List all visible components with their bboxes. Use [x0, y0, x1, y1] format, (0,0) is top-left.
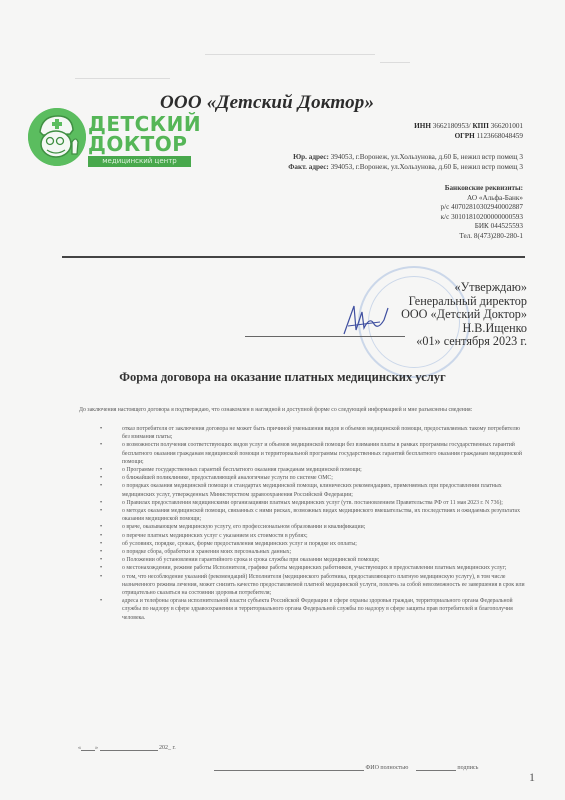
approval-block: «Утверждаю» Генеральный директор ООО «Де… [401, 281, 527, 349]
list-item: •о перечне платных медицинских услуг с у… [100, 532, 527, 540]
list-item-text: отказ потребителя от заключения договора… [122, 426, 520, 440]
year-text: 202_ г. [159, 745, 176, 751]
list-item: •отказ потребителя от заключения договор… [100, 425, 527, 441]
director-signature-line [245, 336, 405, 337]
bullet-icon: • [100, 573, 102, 581]
bank-details: Банковские реквизиты: АО «Альфа-Банк» р/… [441, 184, 523, 242]
bullet-icon: • [100, 474, 102, 482]
list-item: •о порядках оказания медицинской помощи … [100, 482, 527, 498]
information-list: •отказ потребителя от заключения договор… [100, 425, 527, 622]
bullet-icon: • [100, 556, 102, 564]
company-registration: ИНН 3662180953/ КПП 366201001 ОГРН 11236… [414, 122, 523, 141]
bullet-icon: • [100, 466, 102, 474]
fio-blank[interactable] [214, 770, 364, 771]
signature-icon [340, 300, 390, 340]
bleed-through-line [380, 62, 410, 63]
list-item-text: о перечне платных медицинских услуг с ук… [122, 533, 308, 539]
company-phone: Тел. 8(473)280-280-1 [441, 232, 523, 242]
kpp-value: 366201001 [491, 122, 523, 130]
legal-address-value: 394053, г.Воронеж, ул.Хользунова, д.60 Б… [331, 153, 523, 161]
month-blank[interactable] [100, 750, 158, 751]
bullet-icon: • [100, 540, 102, 548]
bullet-icon: • [100, 523, 102, 531]
list-item-text: о порядках оказания медицинской помощи и… [122, 483, 502, 497]
page-number: 1 [529, 770, 535, 785]
list-item-text: о местонахождении, режиме работы Исполни… [122, 565, 507, 571]
list-item: •о местонахождении, режиме работы Исполн… [100, 564, 527, 572]
company-addresses: Юр. адрес: 394053, г.Воронеж, ул.Хользун… [288, 152, 523, 172]
list-item: •о методах оказания медицинской помощи, … [100, 507, 527, 523]
list-item-text: о ближайшей поликлинике, предоставляющей… [122, 475, 333, 481]
list-item: •о враче, оказывающем медицинскую услугу… [100, 523, 527, 531]
actual-address-label: Факт. адрес: [288, 163, 329, 171]
list-item-text: об условиях, порядке, сроках, форме пред… [122, 541, 357, 547]
day-blank[interactable] [81, 750, 95, 751]
bullet-icon: • [100, 441, 102, 449]
bullet-icon: • [100, 482, 102, 490]
bullet-icon: • [100, 548, 102, 556]
list-item-text: о порядке сбора, обработки и хранения мо… [122, 549, 291, 555]
inn-value: 3662180953/ [433, 122, 471, 130]
list-item-text: о Положении об установлении гарантийного… [122, 557, 379, 563]
legal-address-label: Юр. адрес: [293, 153, 329, 161]
document-page: ООО «Детский Доктор» ДЕТСКИЙ ДОКТОР меди… [0, 0, 565, 800]
list-item-text: о Правилах предоставления медицинскими о… [122, 500, 503, 506]
approval-position: Генеральный директор [401, 295, 527, 309]
bullet-icon: • [100, 532, 102, 540]
ogrn-label: ОГРН [455, 132, 475, 140]
doctor-mascot-icon [28, 108, 86, 166]
list-item: •о Положении об установлении гарантийног… [100, 556, 527, 564]
list-item-text: о том, что несоблюдение указаний (рекоме… [122, 574, 525, 596]
inn-kpp-line: ИНН 3662180953/ КПП 366201001 [414, 122, 523, 132]
list-item: •адреса и телефоны органа исполнительной… [100, 597, 527, 622]
list-item-text: адреса и телефоны органа исполнительной … [122, 598, 513, 620]
bleed-through-line [205, 54, 375, 55]
list-item: •о том, что несоблюдение указаний (реком… [100, 573, 527, 598]
date-field[interactable]: «» 202_ г. [78, 745, 176, 751]
bullet-icon: • [100, 564, 102, 572]
kpp-label: КПП [472, 122, 488, 130]
list-item: •о возможности получения соответствующих… [100, 441, 527, 466]
logo-wordmark-line2: ДОКТОР [88, 134, 187, 154]
bank-heading: Банковские реквизиты: [445, 184, 523, 192]
header-divider [62, 256, 525, 258]
bank-name: АО «Альфа-Банк» [441, 194, 523, 204]
document-intro: До заключения настоящего договора я подт… [79, 406, 525, 414]
approval-name: Н.В.Ищенко [401, 322, 527, 336]
ogrn-line: ОГРН 1123668048459 [414, 132, 523, 142]
list-item: •о Правилах предоставления медицинскими … [100, 499, 527, 507]
approval-company: ООО «Детский Доктор» [401, 308, 527, 322]
actual-address-line: Факт. адрес: 394053, г.Воронеж, ул.Хольз… [288, 162, 523, 172]
approval-date: «01» сентября 2023 г. [401, 335, 527, 349]
list-item-text: о возможности получения соответствующих … [122, 442, 522, 464]
bullet-icon: • [100, 507, 102, 515]
bleed-through-line [75, 78, 170, 79]
fio-label: ФИО полностью [366, 765, 409, 771]
signature-row: ФИО полностью подпись [214, 765, 478, 771]
list-item: •о ближайшей поликлинике, предоставляюще… [100, 474, 527, 482]
bank-corr-account: к/с 30101810200000000593 [441, 213, 523, 223]
signature-blank[interactable] [416, 770, 456, 771]
company-logo: ДЕТСКИЙ ДОКТОР медицинский центр [28, 108, 218, 168]
legal-address-line: Юр. адрес: 394053, г.Воронеж, ул.Хользун… [288, 152, 523, 162]
approval-heading: «Утверждаю» [401, 281, 527, 295]
bank-account: р/с 40702810302940002887 [441, 203, 523, 213]
list-item: •об условиях, порядке, сроках, форме пре… [100, 540, 527, 548]
list-item-text: о методах оказания медицинской помощи, с… [122, 508, 520, 522]
list-item-text: о Программе государственных гарантий бес… [122, 467, 362, 473]
document-title: Форма договора на оказание платных медиц… [0, 370, 565, 385]
logo-wordmark-line1: ДЕТСКИЙ [88, 114, 201, 134]
bullet-icon: • [100, 597, 102, 605]
bullet-icon: • [100, 425, 102, 433]
inn-label: ИНН [414, 122, 431, 130]
signature-label: подпись [457, 765, 478, 771]
list-item: •о порядке сбора, обработки и хранения м… [100, 548, 527, 556]
list-item-text: о враче, оказывающем медицинскую услугу,… [122, 524, 365, 530]
list-item: •о Программе государственных гарантий бе… [100, 466, 527, 474]
actual-address-value: 394053, г.Воронеж, ул.Хользунова, д.60 Б… [331, 163, 523, 171]
logo-subtitle: медицинский центр [88, 156, 191, 167]
bullet-icon: • [100, 499, 102, 507]
ogrn-value: 1123668048459 [477, 132, 523, 140]
bank-bik: БИК 044525593 [441, 222, 523, 232]
